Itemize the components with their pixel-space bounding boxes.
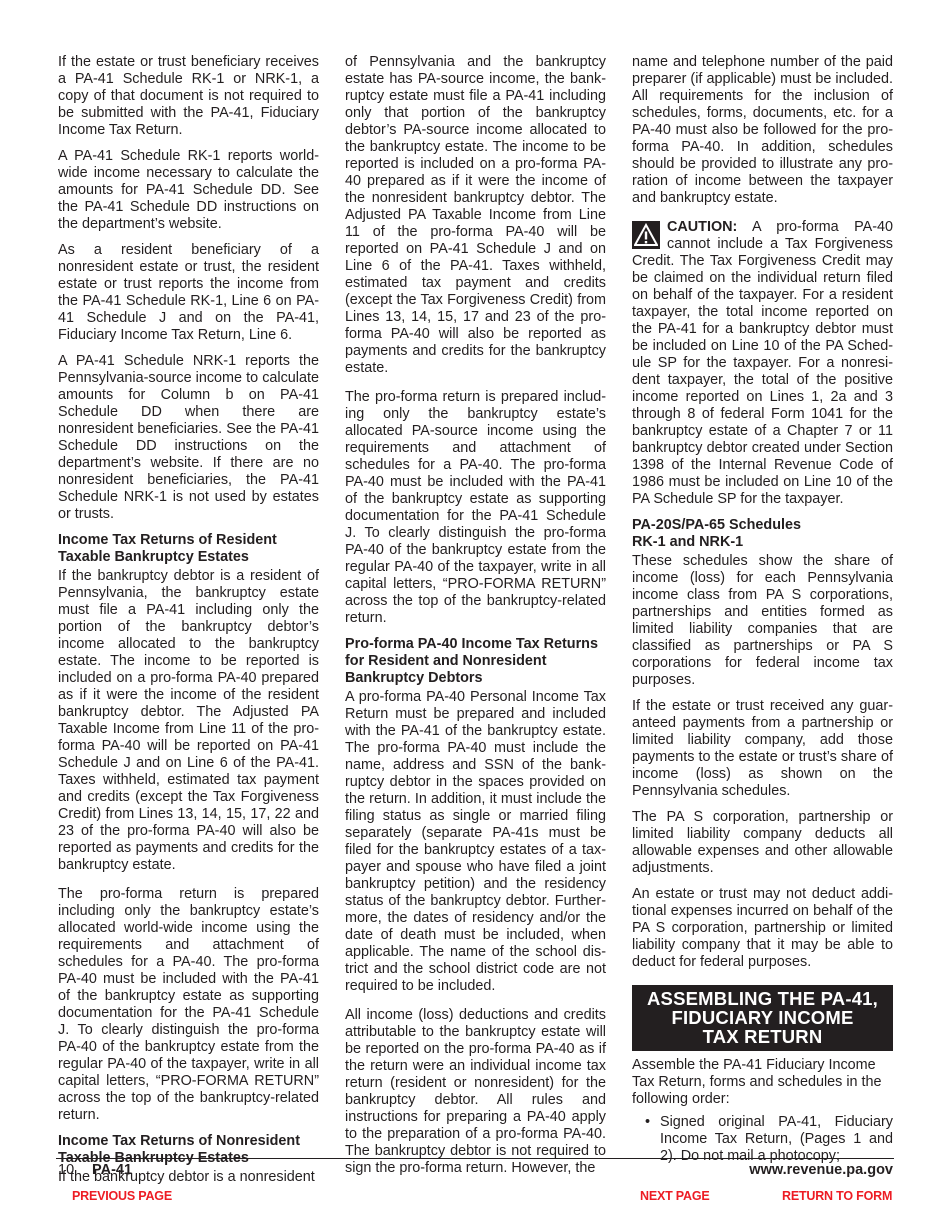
- heading-proforma-debtors: Pro-forma PA-40 Income Tax Returns for R…: [345, 636, 606, 687]
- paragraph-rk1-worldwide: A PA-41 Schedule RK-1 reports world­wide…: [58, 148, 319, 233]
- heading-resident-bankruptcy-estates: Income Tax Returns of Resident Taxable B…: [58, 532, 319, 566]
- column-2: of Pennsylvania and the bankruptcy estat…: [345, 54, 606, 1177]
- paragraph-nonresident-proforma: The pro-forma return is prepared includ­…: [345, 389, 606, 627]
- caution-note: CAUTION: A pro-forma PA-40 cannot includ…: [632, 219, 893, 508]
- paragraph-preparer-continued: name and telephone number of the paid pr…: [632, 54, 893, 207]
- paragraph-income-deductions: All income (loss) deductions and credits…: [345, 1007, 606, 1177]
- paragraph-additional-expenses: An estate or trust may not deduct addi­t…: [632, 886, 893, 971]
- section-banner-assembling: ASSEMBLING THE PA-41, FIDUCIARY INCOME T…: [632, 985, 893, 1051]
- website-url: www.revenue.pa.gov: [749, 1161, 893, 1179]
- caution-text: A pro-forma PA-40 cannot include a Tax F…: [632, 219, 893, 507]
- paragraph-schedules-share: These schedules show the share of income…: [632, 553, 893, 689]
- paragraph-resident-beneficiary: As a resident beneficiary of a nonreside…: [58, 242, 319, 344]
- paragraph-allowable-expenses: The PA S corporation, partnership or lim…: [632, 809, 893, 877]
- previous-page-link[interactable]: PREVIOUS PAGE: [72, 1189, 172, 1203]
- paragraph-proforma-requirements: A pro-forma PA-40 Personal Income Tax Re…: [345, 689, 606, 995]
- paragraph-nonresident-continued: of Pennsylvania and the bankruptcy estat…: [345, 54, 606, 377]
- paragraph-rk1-copy: If the estate or trust beneficiary recei…: [58, 54, 319, 139]
- paragraph-guaranteed-payments: If the estate or trust received any guar…: [632, 698, 893, 800]
- page-number: 10: [58, 1161, 74, 1179]
- paragraph-assemble-intro: Assemble the PA-41 Fiduciary Income Tax …: [632, 1057, 893, 1108]
- paragraph-resident-debtor: If the bankruptcy debtor is a resident o…: [58, 568, 319, 874]
- column-3: name and telephone number of the paid pr…: [632, 54, 893, 1165]
- next-page-link[interactable]: NEXT PAGE: [640, 1189, 710, 1203]
- paragraph-nrk1: A PA-41 Schedule NRK-1 reports the Penns…: [58, 353, 319, 523]
- heading-pa20s-pa65-schedules: PA-20S/PA-65 Schedules RK-1 and NRK-1: [632, 517, 822, 551]
- caution-text-block: CAUTION: A pro-forma PA-40 cannot includ…: [632, 219, 893, 508]
- warning-triangle-icon: [632, 221, 660, 249]
- column-1: If the estate or trust beneficiary recei…: [58, 54, 319, 1186]
- form-name: PA-41: [92, 1161, 132, 1179]
- return-to-form-link[interactable]: RETURN TO FORM: [782, 1189, 892, 1203]
- list-item-text: Signed original PA-41, Fiduciary Income …: [660, 1114, 893, 1164]
- bullet-icon: •: [645, 1114, 650, 1131]
- caution-label: CAUTION:: [667, 219, 737, 235]
- paragraph-resident-proforma: The pro-forma return is prepared includi…: [58, 886, 319, 1124]
- footer-divider: [56, 1158, 894, 1159]
